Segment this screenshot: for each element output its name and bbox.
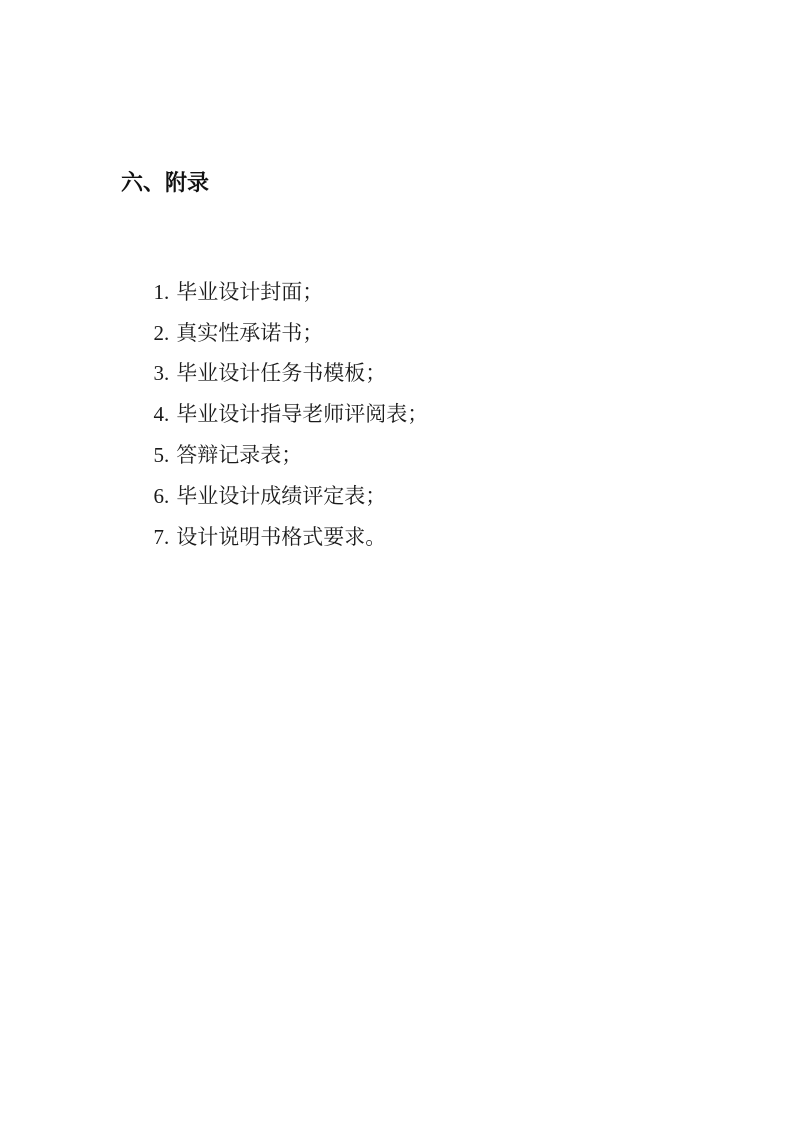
item-number: 1. — [154, 272, 170, 313]
item-text: 设计说明书格式要求。 — [176, 525, 386, 549]
document-page: 六、附录 1.毕业设计封面； 2.真实性承诺书； 3.毕业设计任务书模板； 4.… — [0, 0, 793, 1122]
item-text: 答辩记录表； — [176, 443, 302, 467]
item-number: 3. — [154, 353, 170, 394]
appendix-item: 1.毕业设计封面； — [122, 231, 428, 272]
item-text: 真实性承诺书； — [176, 321, 323, 345]
item-text: 毕业设计任务书模板； — [176, 361, 386, 385]
item-text: 毕业设计指导老师评阅表； — [176, 402, 428, 426]
item-text: 毕业设计成绩评定表； — [176, 484, 386, 508]
item-number: 7. — [154, 517, 170, 558]
item-number: 2. — [154, 313, 170, 354]
item-number: 4. — [154, 394, 170, 435]
appendix-list: 1.毕业设计封面； 2.真实性承诺书； 3.毕业设计任务书模板； 4.毕业设计指… — [122, 231, 428, 517]
item-text: 毕业设计封面； — [176, 280, 323, 304]
item-number: 6. — [154, 476, 170, 517]
item-number: 5. — [154, 435, 170, 476]
section-heading: 六、附录 — [121, 170, 209, 196]
